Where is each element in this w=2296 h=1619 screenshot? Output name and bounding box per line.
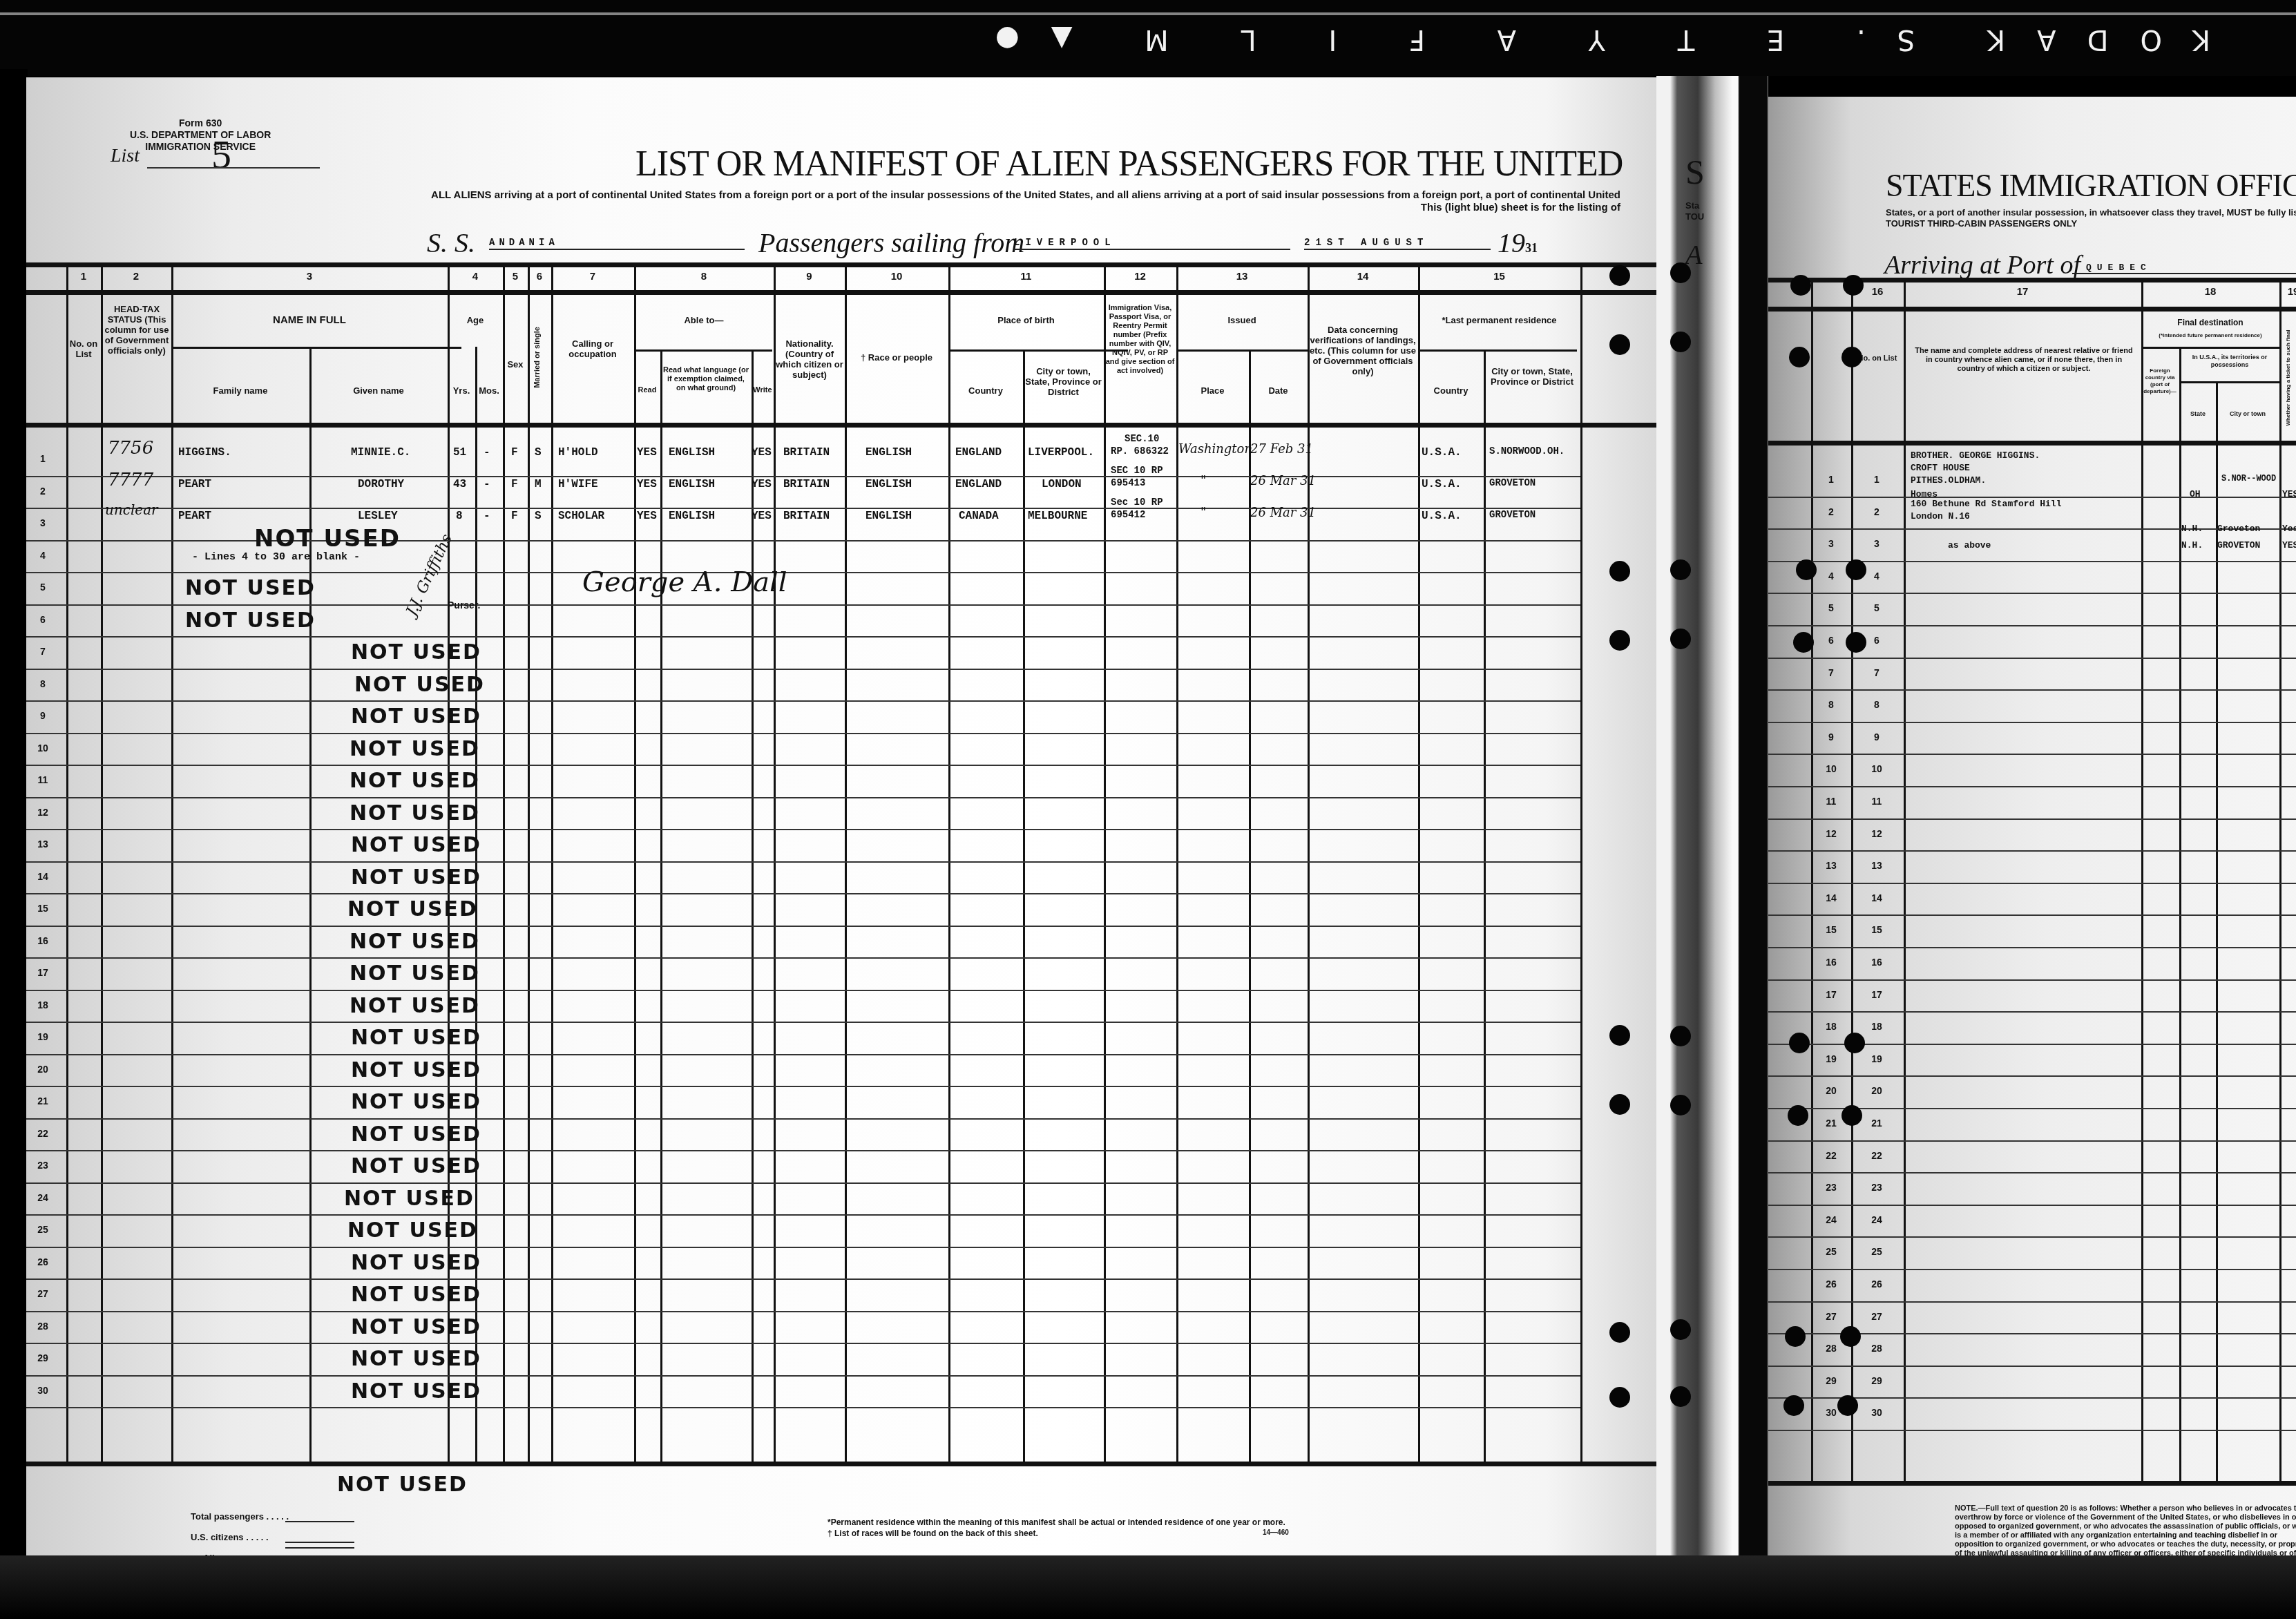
- not-used-stamp: NOT USED: [350, 737, 480, 761]
- year-prefix: 19: [1498, 227, 1525, 258]
- punch-hole: [1609, 1094, 1630, 1115]
- header-no-on-list: No. on List: [66, 338, 101, 359]
- header-residence-city: City or town, State, Province or Distric…: [1485, 366, 1579, 387]
- row-divider: [26, 1150, 1580, 1151]
- page-title: LIST OR MANIFEST OF ALIEN PASSENGERS FOR…: [635, 144, 1623, 184]
- header-bottom-border: [26, 423, 1656, 428]
- row-divider: [26, 829, 1580, 830]
- row-divider: [26, 636, 1580, 638]
- row-number: 20: [1858, 1085, 1895, 1096]
- column-number: 9: [774, 271, 845, 282]
- not-used-stamp: NOT USED: [351, 1315, 481, 1339]
- subtitle-line-2: This (light blue) sheet is for the listi…: [336, 202, 1620, 214]
- col-divider: [1418, 262, 1420, 1464]
- header-family-name: Family name: [171, 385, 309, 396]
- row-number: 22: [1812, 1150, 1850, 1161]
- row-number: 10: [29, 743, 57, 754]
- age-months: -: [484, 446, 490, 459]
- column-number-divider: [26, 290, 1656, 295]
- visa-section: SEC.10: [1125, 434, 1159, 445]
- marital-status: M: [535, 478, 542, 490]
- not-used-stamp: NOT USED: [185, 576, 316, 600]
- row-divider: [26, 893, 1580, 894]
- header-head-tax: HEAD-TAX STATUS (This column for use of …: [104, 304, 170, 356]
- year-suffix: 31: [1525, 241, 1538, 255]
- subtitle-line-1: ALL ALIENS arriving at a port of contine…: [336, 189, 1620, 202]
- row-number: 29: [29, 1352, 57, 1363]
- list-label: List: [111, 145, 140, 167]
- row-number: 19: [1812, 1053, 1850, 1064]
- row-divider: [26, 700, 1580, 702]
- row-divider: [1768, 1140, 2296, 1142]
- sailing-label: Passengers sailing from: [758, 227, 1024, 259]
- punch-hole: [1609, 1025, 1630, 1046]
- can-read: YES: [637, 446, 657, 459]
- header-age: Age: [448, 315, 503, 325]
- row-number: 5: [1812, 602, 1850, 613]
- row-divider: [1768, 1366, 2296, 1367]
- us-citizens-line: [285, 1542, 354, 1549]
- dest-subheader-line: [2141, 347, 2279, 349]
- row-divider: [1768, 947, 2296, 948]
- row-number: 30: [29, 1385, 57, 1396]
- residence-city: GROVETON: [1489, 510, 1536, 521]
- row-divider: [1768, 883, 2296, 884]
- row-number: 9: [29, 710, 57, 721]
- row-number: 17: [1858, 989, 1895, 1000]
- row-divider: [1768, 1301, 2296, 1303]
- passenger-row: 7777 PEART DOROTHY 43 - F M H'WIFE YES E…: [26, 475, 1656, 508]
- header-read-language: Read what language (or if exemption clai…: [662, 366, 750, 393]
- row-divider: [1768, 1430, 2296, 1431]
- microfilm-edge: KODAK S. E T Y A F I L M ▲●: [0, 0, 2296, 76]
- header-write: Write: [752, 385, 774, 396]
- row-divider: [1768, 593, 2296, 594]
- can-write: YES: [752, 510, 772, 522]
- row-number: 6: [1812, 635, 1850, 646]
- age-years: 51: [453, 446, 466, 459]
- column-number: 11: [948, 271, 1104, 282]
- can-read: YES: [637, 510, 657, 522]
- right-page-subtitle: States, or a port of another insular pos…: [1886, 207, 2296, 229]
- destination-city: GROVETON: [2217, 540, 2260, 550]
- row-number: 28: [1858, 1343, 1895, 1354]
- row-number: 3: [1812, 538, 1850, 549]
- punch-hole: [1609, 334, 1630, 355]
- punch-hole: [1796, 559, 1817, 580]
- row-number: 8: [1858, 699, 1895, 710]
- family-name: PEART: [178, 510, 211, 522]
- ship-label: S. S.: [427, 227, 475, 259]
- row-divider: [1768, 850, 2296, 852]
- list-number: 5: [211, 131, 231, 178]
- header-final-destination: Final destination: [2141, 318, 2279, 328]
- given-name: DOROTHY: [358, 478, 404, 490]
- issue-place: ": [1200, 474, 1206, 488]
- issue-place: ": [1200, 506, 1206, 520]
- column-number: 19: [2279, 286, 2296, 298]
- row-number: 14: [1812, 892, 1850, 903]
- row-divider: [1768, 1205, 2296, 1206]
- column-number: 15: [1418, 271, 1580, 282]
- row-number: 10: [1858, 763, 1895, 774]
- row-number: 12: [29, 807, 57, 818]
- residence-country: U.S.A.: [1422, 510, 1462, 522]
- punch-hole: [1670, 332, 1691, 352]
- nationality: BRITAIN: [783, 478, 830, 490]
- total-passengers-label: Total passengers . . . . .: [191, 1511, 289, 1522]
- col-divider: [171, 262, 173, 1464]
- row-number: 25: [1812, 1246, 1850, 1257]
- race: ENGLISH: [865, 446, 912, 459]
- col-divider: [2279, 278, 2281, 1484]
- form-code: 14—460: [1263, 1528, 1289, 1539]
- header-years: Yrs.: [448, 385, 475, 396]
- page-gutter: [1656, 76, 1768, 1619]
- relative-line: as above: [1948, 540, 1991, 550]
- punch-hole: [1789, 1033, 1810, 1053]
- visa-section: Sec 10 RP: [1111, 497, 1163, 508]
- not-used-stamp: NOT USED: [351, 1379, 481, 1404]
- row-divider: [1768, 497, 2296, 498]
- marital-status: S: [535, 510, 542, 522]
- not-used-stamp: NOT USED: [350, 961, 480, 986]
- header-name-in-full: NAME IN FULL: [171, 315, 448, 325]
- us-citizens-label: U.S. citizens . . . . .: [191, 1532, 269, 1542]
- row-number: 8: [29, 678, 57, 689]
- row-number: 28: [29, 1321, 57, 1332]
- punch-hole: [1841, 347, 1862, 367]
- punch-hole: [1790, 275, 1811, 296]
- not-used-stamp: NOT USED: [351, 705, 481, 729]
- row-divider: [1768, 1236, 2296, 1238]
- row-divider: [26, 1182, 1580, 1184]
- row-number: 24: [29, 1192, 57, 1203]
- row-number: 17: [1812, 989, 1850, 1000]
- row-divider: [1768, 914, 2296, 916]
- occupation: H'HOLD: [558, 446, 598, 459]
- punch-hole: [1609, 1322, 1630, 1343]
- footnote-residence: *Permanent residence within the meaning …: [827, 1517, 1285, 1528]
- col-divider: [845, 262, 847, 1464]
- column-number: 4: [448, 271, 503, 282]
- row-divider: [1768, 818, 2296, 820]
- header-visa: Immigration Visa, Passport Visa, or Reen…: [1105, 304, 1175, 376]
- column-number-divider: [1768, 307, 2296, 312]
- total-passengers-line: [285, 1521, 354, 1522]
- age-months: -: [484, 510, 490, 522]
- row-number: 24: [1858, 1214, 1895, 1225]
- row-number: 19: [1858, 1053, 1895, 1064]
- birth-country: ENGLAND: [955, 446, 1002, 459]
- punch-hole: [1789, 347, 1810, 367]
- row-divider: [1768, 1075, 2296, 1077]
- row-divider: [26, 797, 1580, 798]
- table-top-border: [26, 262, 1656, 267]
- row-number: 29: [1812, 1375, 1850, 1386]
- row-divider: [1768, 561, 2296, 562]
- punch-hole: [1670, 629, 1691, 649]
- row-number: 14: [1858, 892, 1895, 903]
- row-number: 7: [29, 646, 57, 657]
- age-years: 43: [453, 478, 466, 490]
- row-number: 26: [1812, 1278, 1850, 1290]
- not-used-stamp: NOT USED: [347, 897, 478, 921]
- row-number: 1: [1858, 474, 1895, 485]
- row-number: 27: [1858, 1311, 1895, 1322]
- destination-state: N.H.: [2181, 524, 2203, 534]
- film-left-border: [0, 69, 28, 1619]
- row-number: 16: [29, 935, 57, 946]
- page-subtitle: ALL ALIENS arriving at a port of contine…: [336, 189, 1620, 214]
- punch-hole: [1609, 630, 1630, 651]
- birth-city: LONDON: [1042, 478, 1082, 490]
- row-divider: [26, 1214, 1580, 1216]
- punch-hole: [1609, 1387, 1630, 1408]
- head-tax-value: unclear: [105, 501, 158, 518]
- service-name: IMMIGRATION SERVICE: [130, 141, 271, 153]
- row-number: 16: [1858, 957, 1895, 968]
- row-number: 22: [29, 1128, 57, 1139]
- issue-date: 27 Feb 31: [1250, 442, 1313, 457]
- visa-number: RP. 686322: [1111, 446, 1169, 457]
- row-divider: [1768, 754, 2296, 755]
- destination-city: S.NOR--WOOD: [2221, 474, 2277, 483]
- not-used-stamp: NOT USED: [337, 1473, 468, 1497]
- relative-line: London N.16: [1911, 511, 1970, 521]
- language: ENGLISH: [669, 478, 715, 490]
- residence-country: U.S.A.: [1422, 478, 1462, 490]
- row-number: 7: [1858, 667, 1895, 678]
- given-name: MINNIE.C.: [351, 446, 410, 459]
- column-number: 10: [845, 271, 948, 282]
- manifest-table: 1 2 3 4 5 6 7 8 9 10 11 12 13 14 15 No. …: [26, 262, 1656, 1540]
- header-ticket: Whether having a ticket to such final de…: [2283, 329, 2296, 426]
- row-divider: [1768, 658, 2296, 659]
- row-number: 9: [1858, 731, 1895, 743]
- name-subheader-line: [171, 347, 461, 349]
- row-number: 7: [1812, 667, 1850, 678]
- passenger-row: 7756 HIGGINS. MINNIE.C. 51 - F S H'HOLD …: [26, 443, 1656, 477]
- officer-signature: George A. Dall: [582, 566, 787, 598]
- not-used-stamp: NOT USED: [350, 994, 480, 1018]
- not-used-stamp: NOT USED: [351, 640, 481, 664]
- not-used-stamp: NOT USED: [351, 1347, 481, 1371]
- not-used-stamp: NOT USED: [254, 525, 401, 553]
- arriving-port-label: Arriving at Port of: [1884, 250, 2080, 280]
- issued-subheader-line: [1176, 349, 1308, 352]
- column-number: 12: [1104, 271, 1176, 282]
- not-used-stamp: NOT USED: [351, 1122, 481, 1147]
- punch-hole: [1840, 1326, 1861, 1347]
- row-number: 26: [1858, 1278, 1895, 1290]
- visa-number: 695413: [1111, 478, 1145, 489]
- column-number: 3: [171, 271, 448, 282]
- row-number: 6: [29, 614, 57, 625]
- row-number: 23: [1812, 1182, 1850, 1193]
- purser-label: Purser.: [448, 600, 480, 611]
- header-given-name: Given name: [309, 385, 448, 396]
- punch-hole: [1670, 1095, 1691, 1115]
- not-used-stamp: NOT USED: [351, 1026, 481, 1050]
- film-edge-print: KODAK S. E T Y A F I L M ▲●: [1174, 21, 2210, 55]
- row-number: 16: [1812, 957, 1850, 968]
- not-used-stamp: NOT USED: [347, 1218, 478, 1243]
- head-tax-value: 7777: [108, 470, 153, 490]
- race: ENGLISH: [865, 510, 912, 522]
- row-number: 18: [29, 999, 57, 1010]
- header-nationality: Nationality. (Country of which citizen o…: [775, 338, 844, 380]
- sailing-date: 21ST AUGUST: [1304, 238, 1491, 250]
- col-divider: [1851, 278, 1853, 1484]
- row-divider: [1768, 786, 2296, 787]
- column-number: 1: [66, 271, 101, 282]
- form-header: Form 630 U.S. DEPARTMENT OF LABOR IMMIGR…: [130, 117, 271, 153]
- marital-status: S: [535, 446, 542, 459]
- header-place-of-birth: Place of birth: [948, 315, 1104, 325]
- row-number: 15: [1858, 924, 1895, 935]
- row-number: 21: [1858, 1118, 1895, 1129]
- header-months: Mos.: [475, 385, 503, 396]
- not-used-stamp: NOT USED: [350, 930, 480, 954]
- row-number: 26: [29, 1256, 57, 1267]
- punch-hole: [1785, 1326, 1806, 1347]
- header-birth-city: City or town, State, Province or Distric…: [1024, 366, 1102, 397]
- partial-arriving-fragment: A: [1685, 238, 1702, 271]
- row-divider: [26, 765, 1580, 766]
- nationality: BRITAIN: [783, 446, 830, 459]
- row-divider: [26, 669, 1580, 670]
- birth-subheader-line: [948, 349, 1128, 352]
- occupation: H'WIFE: [558, 478, 598, 490]
- col-divider: [2141, 278, 2143, 1484]
- visa-section: SEC 10 RP: [1111, 466, 1163, 477]
- header-foreign-country: Foreign country via (port of departure)—: [2142, 367, 2178, 395]
- row-number: 9: [1812, 731, 1850, 743]
- row-divider: [26, 733, 1580, 734]
- manifest-left-page: Form 630 U.S. DEPARTMENT OF LABOR IMMIGR…: [26, 77, 1656, 1555]
- punch-hole: [1783, 1395, 1804, 1416]
- row-number: 25: [1858, 1246, 1895, 1257]
- col-divider: [774, 262, 776, 1464]
- header-state: State: [2181, 409, 2215, 419]
- row-number: 8: [1812, 699, 1850, 710]
- punch-hole: [1844, 1033, 1865, 1053]
- row-number: 27: [1812, 1311, 1850, 1322]
- row-divider: [26, 1247, 1580, 1248]
- right-table: 16 17 18 19 No. on List The name and com…: [1768, 278, 2296, 1507]
- language: ENGLISH: [669, 510, 715, 522]
- col-divider: [551, 262, 553, 1464]
- row-number: 5: [29, 582, 57, 593]
- row-number: 2: [1858, 506, 1895, 517]
- destination-city: Groveton: [2217, 524, 2260, 534]
- header-last-residence: *Last permanent residence: [1418, 315, 1580, 325]
- row-number: 25: [29, 1224, 57, 1235]
- birth-city: MELBOURNE: [1028, 510, 1087, 522]
- row-divider: [1768, 689, 2296, 691]
- relative-line: BROTHER. GEORGE HIGGINS.: [1911, 450, 2040, 461]
- row-number: 4: [1812, 571, 1850, 582]
- row-divider: [26, 1343, 1580, 1344]
- row-divider: [26, 572, 1580, 573]
- header-residence-country: Country: [1418, 385, 1484, 396]
- column-number: 14: [1308, 271, 1418, 282]
- column-number: 5: [503, 271, 528, 282]
- row-divider: [26, 604, 1580, 606]
- can-write: YES: [752, 478, 772, 490]
- header-city: City or town: [2217, 409, 2278, 419]
- issue-date: 26 Mar 31: [1250, 474, 1316, 488]
- col-divider: [66, 262, 68, 1464]
- not-used-stamp: NOT USED: [351, 1090, 481, 1114]
- row-divider: [1768, 722, 2296, 723]
- punch-hole: [1609, 265, 1630, 286]
- header-read: Read: [634, 385, 660, 396]
- not-used-stamp: NOT USED: [351, 1154, 481, 1178]
- row-number: 13: [1858, 860, 1895, 871]
- sex: F: [511, 510, 518, 522]
- header-relative-address: The name and complete address of nearest…: [1913, 347, 2134, 374]
- punch-hole: [1793, 632, 1814, 653]
- row-number: 27: [29, 1288, 57, 1299]
- birth-country: CANADA: [959, 510, 999, 522]
- not-used-stamp: NOT USED: [185, 609, 316, 633]
- relative-line: CROFT HOUSE: [1911, 463, 1970, 473]
- header-occupation: Calling or occupation: [554, 338, 631, 359]
- punch-hole: [1843, 275, 1864, 296]
- not-used-stamp: NOT USED: [354, 673, 485, 697]
- partial-sub-line: Sta: [1685, 200, 1704, 211]
- residence-subheader-line: [1418, 349, 1577, 352]
- not-used-stamp: NOT USED: [344, 1187, 475, 1211]
- row-divider: [26, 1022, 1580, 1023]
- occupation: SCHOLAR: [558, 510, 604, 522]
- birth-city: LIVERPOOL.: [1028, 446, 1094, 459]
- column-number: 2: [101, 271, 171, 282]
- row-number: 29: [1858, 1375, 1895, 1386]
- punch-hole: [1846, 632, 1866, 653]
- right-page-title: STATES IMMIGRATION OFFICER: [1886, 167, 2296, 204]
- row-number: 1: [1812, 474, 1850, 485]
- sailing-from: LIVERPOOL: [1014, 238, 1290, 250]
- row-number: 5: [1858, 602, 1895, 613]
- col-divider: [948, 262, 950, 1464]
- row-number: 23: [1858, 1182, 1895, 1193]
- header-birth-country: Country: [948, 385, 1023, 396]
- family-name: HIGGINS.: [178, 446, 231, 459]
- partial-title-fragment: S: [1685, 152, 1705, 192]
- row-number: 14: [29, 871, 57, 882]
- header-issued: Issued: [1176, 315, 1308, 325]
- row-number: 15: [1812, 924, 1850, 935]
- not-used-stamp: NOT USED: [351, 1058, 481, 1082]
- header-married-single: Married or single: [533, 316, 543, 399]
- row-divider: [26, 1278, 1580, 1280]
- row-number: 13: [29, 839, 57, 850]
- head-tax-value: 7756: [108, 438, 153, 459]
- row-number: 21: [29, 1095, 57, 1107]
- has-ticket: YES: [2282, 489, 2296, 499]
- punch-hole: [1670, 559, 1691, 580]
- row-divider: [26, 990, 1580, 991]
- row-number: 20: [1812, 1085, 1850, 1096]
- nationality: BRITAIN: [783, 510, 830, 522]
- col-divider: [1104, 262, 1106, 1464]
- column-number: 6: [528, 271, 551, 282]
- has-ticket: Yes: [2282, 524, 2296, 534]
- row-number: 3: [1858, 538, 1895, 549]
